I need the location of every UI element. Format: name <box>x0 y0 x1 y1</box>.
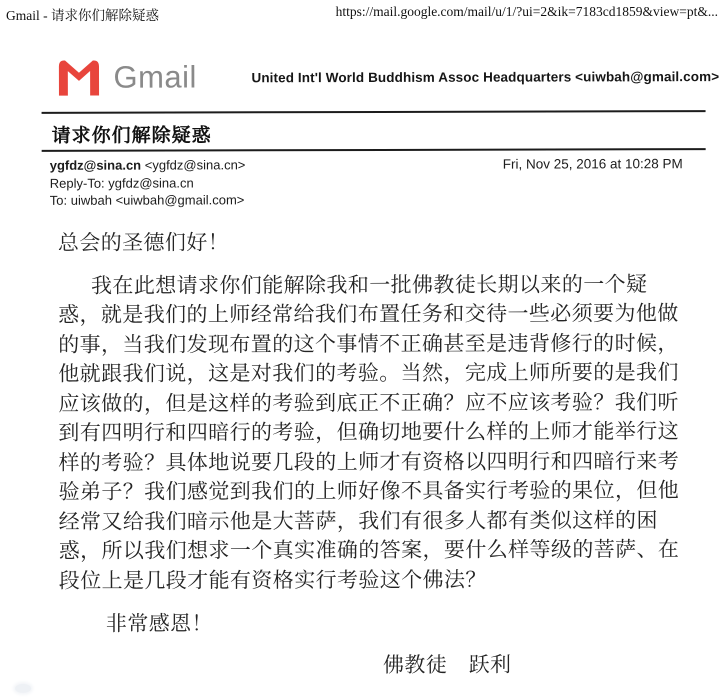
gmail-logo: Gmail <box>54 58 197 96</box>
body-text-line: 我在此想请求你们能解除我和一批佛教徒长期以来的一个疑 <box>58 270 698 301</box>
signature-line: 佛教徒 跃利 <box>59 650 699 681</box>
message-date: Fri, Nov 25, 2016 at 10:28 PM <box>503 156 683 171</box>
body-text-line: 到有四明行和四暗行的考验，但确切地要什么样的上师才能举行这 <box>58 417 698 448</box>
divider-subject <box>42 148 706 152</box>
reply-to-line: Reply-To: ygfdz@sina.cn <box>50 174 246 192</box>
thanks-line: 非常感恩！ <box>59 608 699 639</box>
body-text-line: 经常又给我们暗示他是大菩萨，我们有很多人都有类似这样的困 <box>59 506 699 537</box>
gmail-print-view-page: { "print_header": { "title": "Gmail - 请求… <box>0 0 726 697</box>
body-text-line: 验弟子？我们感觉到我们的上师好像不具备实行考验的果位，但他 <box>59 476 699 507</box>
body-text-line: 的事，当我们发现布置的这个事情不正确甚至是违背修行的时候， <box>58 329 698 360</box>
email-body: 总会的圣德们好！ 我在此想请求你们能解除我和一批佛教徒长期以来的一个疑惑，就是我… <box>58 227 699 681</box>
body-text-line: 应该做的，但是这样的考验到底正不正确？应不应该考验？我们听 <box>58 388 698 419</box>
from-email: <ygfdz@sina.cn> <box>141 157 245 172</box>
body-text-line: 样的考验？具体地说要几段的上师才有资格以四明行和四暗行来考 <box>58 447 698 478</box>
account-owner-line: United Int'l World Buddhism Assoc Headqu… <box>251 69 719 85</box>
scanned-email-content: Gmail United Int'l World Buddhism Assoc … <box>0 0 726 697</box>
body-text-line: 他就跟我们说，这是对我们的考验。当然，完成上师所要的是我们 <box>58 358 698 389</box>
main-paragraph: 我在此想请求你们能解除我和一批佛教徒长期以来的一个疑惑，就是我们的上师经常给我们… <box>58 270 699 596</box>
gmail-m-envelope-icon <box>54 59 103 97</box>
email-subject: 请求你们解除疑惑 <box>52 120 212 147</box>
body-text-line: 惑，就是我们的上师经常给我们布置任务和交待一些必须要为他做 <box>58 299 698 330</box>
greeting-line: 总会的圣德们好！ <box>58 227 698 258</box>
divider-top <box>42 110 706 114</box>
message-meta: ygfdz@sina.cn <ygfdz@sina.cn> Reply-To: … <box>50 156 246 209</box>
body-text-line: 段位上是几段才能有资格实行考验这个佛法？ <box>59 565 699 596</box>
from-line: ygfdz@sina.cn <ygfdz@sina.cn> <box>50 156 246 174</box>
from-name: ygfdz@sina.cn <box>50 158 141 173</box>
to-line: To: uiwbah <uiwbah@gmail.com> <box>50 191 246 209</box>
gmail-wordmark: Gmail <box>113 59 197 95</box>
scan-smudge-artifact <box>15 684 31 693</box>
body-text-line: 惑，所以我们想求一个真实准确的答案，要什么样等级的菩萨、在 <box>59 535 699 566</box>
